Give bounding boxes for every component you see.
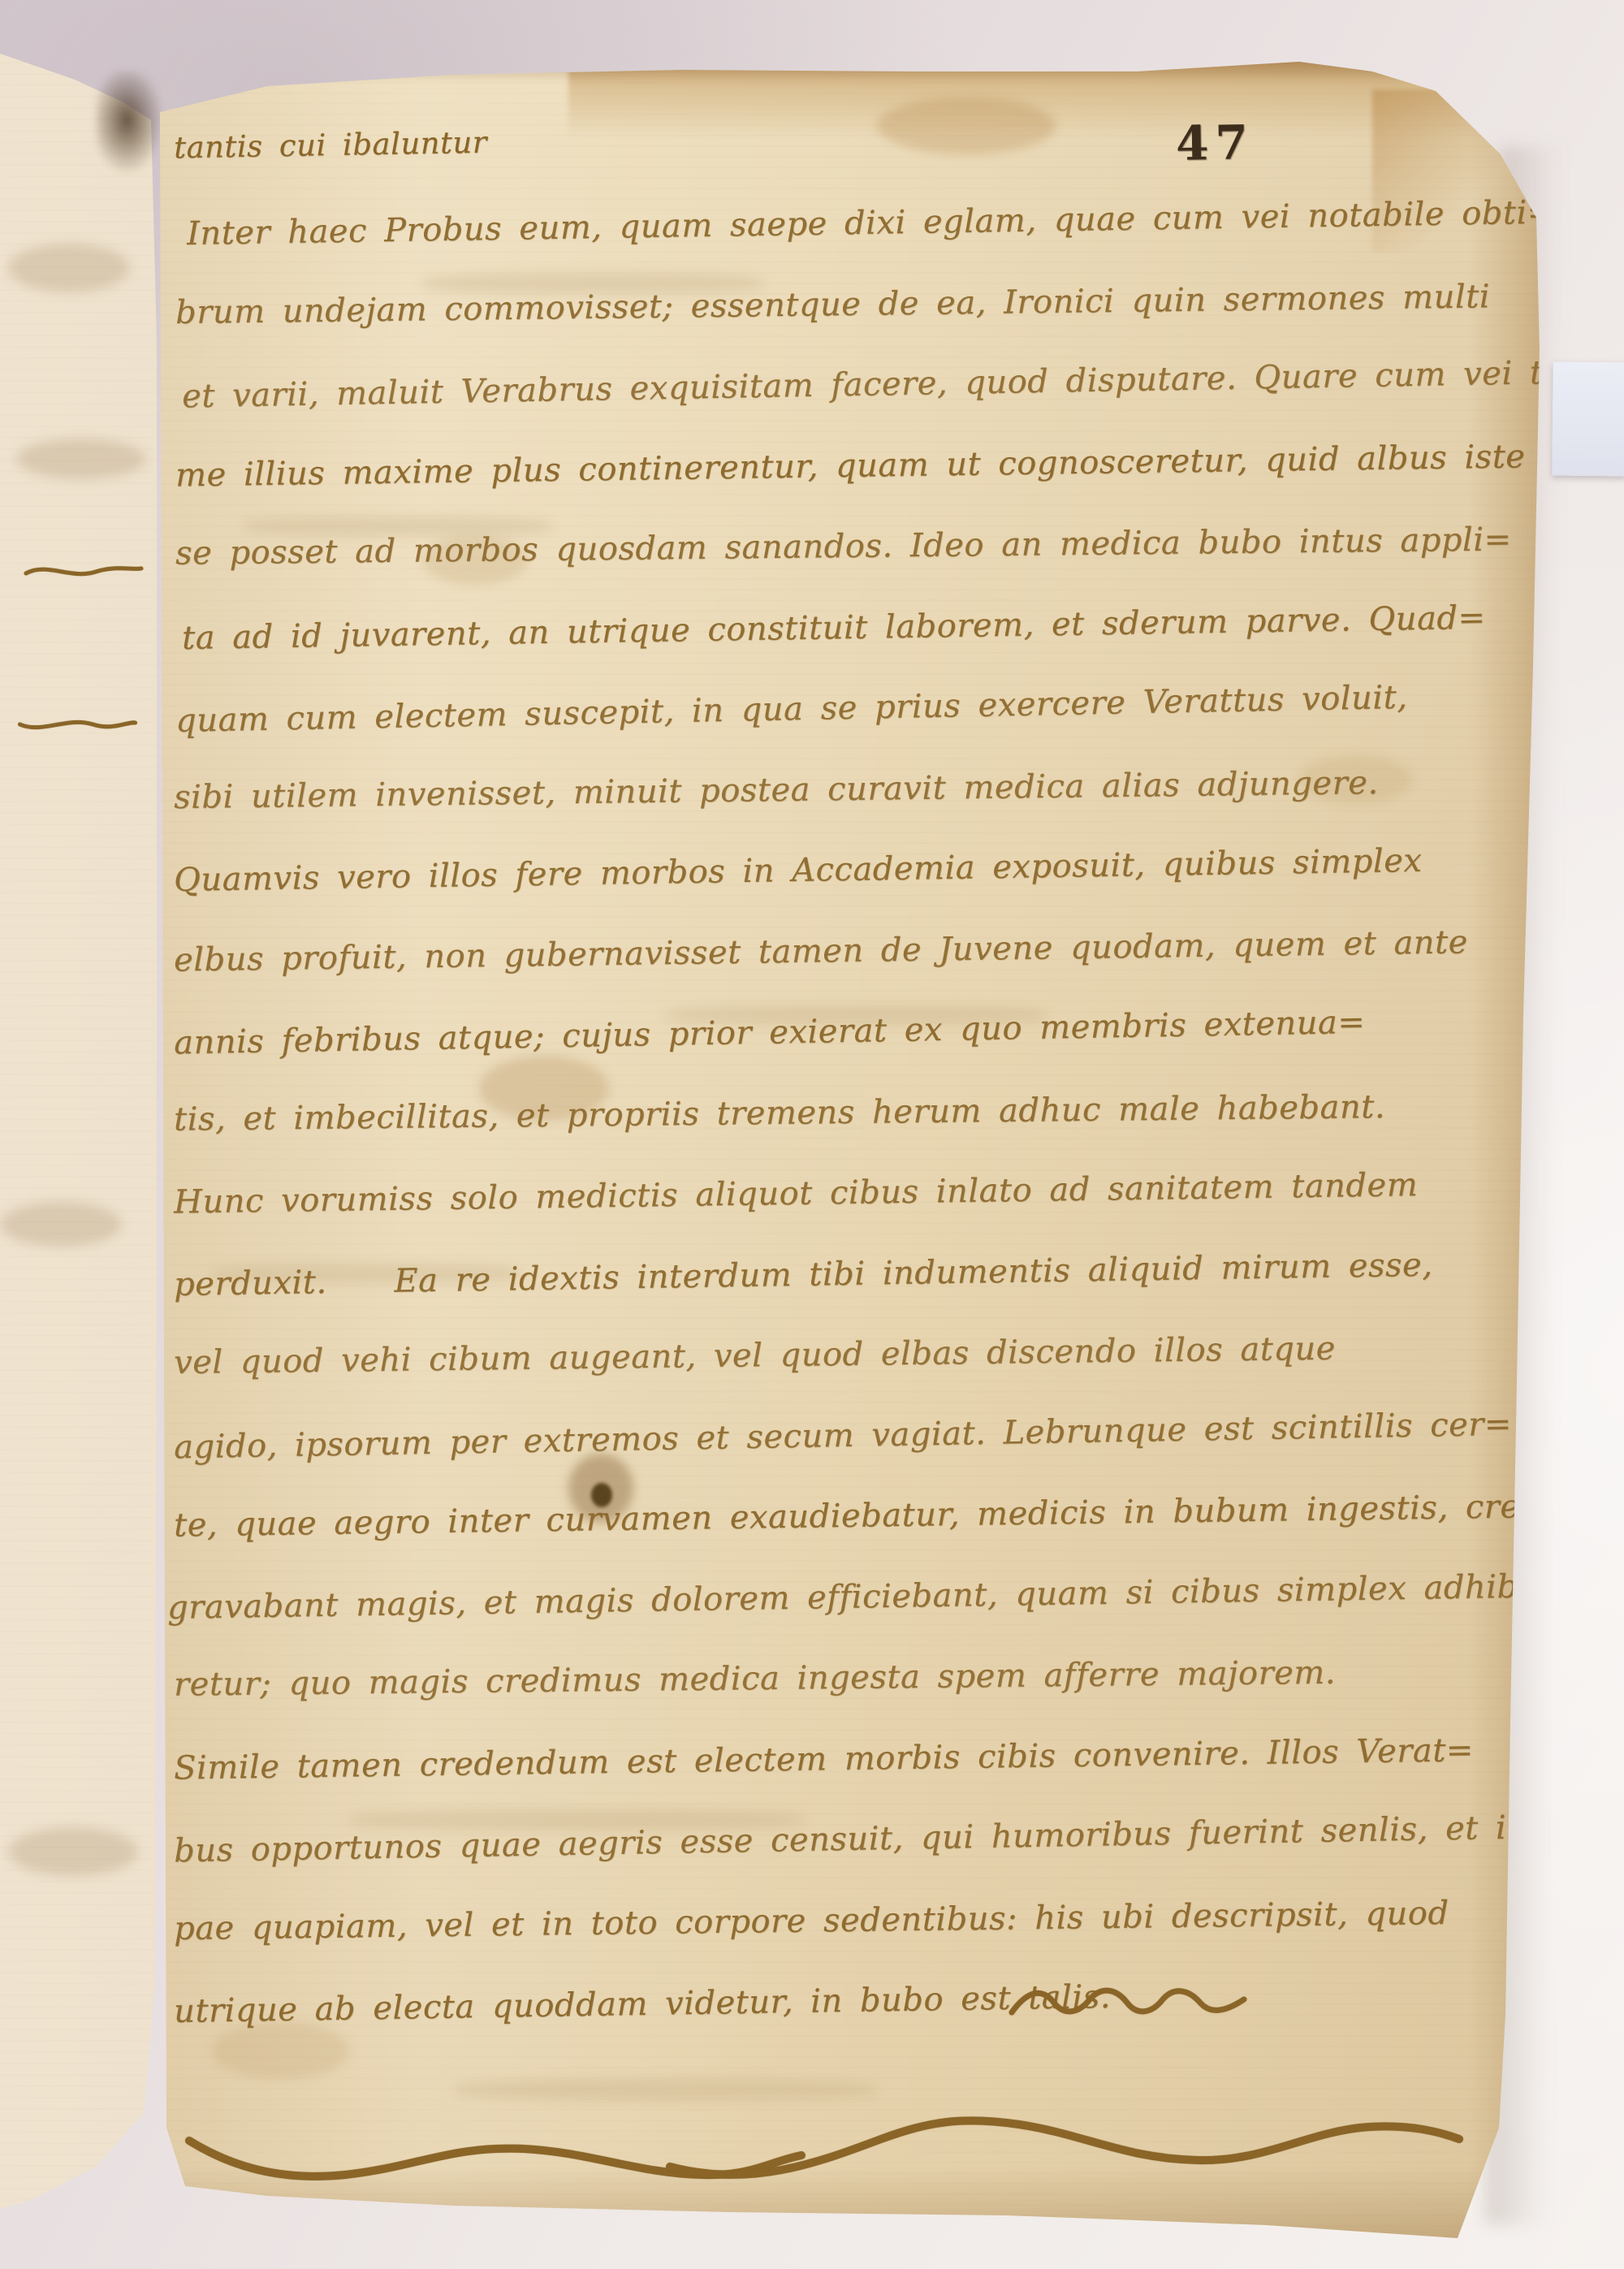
manuscript-photo: betejaliis cunitiserrebat,ebem exer.tona… <box>0 0 1624 2269</box>
manuscript-page: 47 tantis cui ibaluntur Inter haec Probu… <box>0 0 1624 2269</box>
paper-stain <box>211 2022 349 2079</box>
end-of-text-squiggle <box>1007 1975 1250 2032</box>
archival-paper-tab <box>1552 362 1624 477</box>
bottom-flourish-rule <box>183 2089 1466 2202</box>
